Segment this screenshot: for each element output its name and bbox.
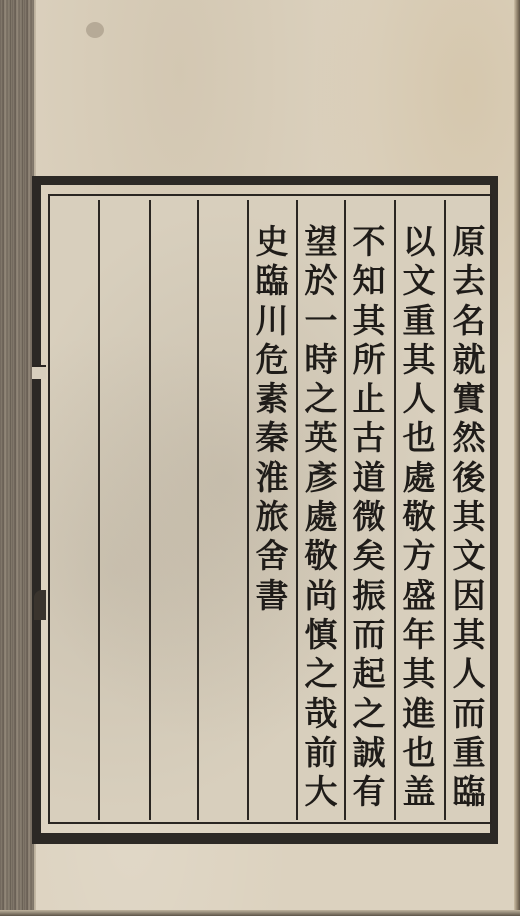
text-column-5: 史臨川危素秦淮旅舍書 — [249, 222, 295, 615]
column-rule — [197, 200, 199, 820]
glyph: 重 — [403, 301, 436, 340]
glyph: 因 — [453, 576, 486, 615]
glyph: 知 — [353, 261, 386, 300]
glyph: 川 — [256, 301, 289, 340]
glyph: 後 — [453, 458, 486, 497]
glyph: 之 — [305, 654, 338, 693]
glyph: 不 — [353, 222, 386, 261]
glyph: 敬 — [305, 536, 338, 575]
glyph: 其 — [403, 340, 436, 379]
glyph: 盖 — [403, 772, 436, 811]
glyph: 其 — [453, 615, 486, 654]
glyph: 年 — [403, 615, 436, 654]
glyph: 之 — [353, 694, 386, 733]
glyph: 進 — [403, 694, 436, 733]
paper-stain — [86, 22, 104, 38]
fish-tail-mark — [32, 365, 46, 379]
glyph: 振 — [353, 576, 386, 615]
page-right-edge — [514, 0, 520, 916]
glyph: 尚 — [305, 576, 338, 615]
glyph: 人 — [403, 379, 436, 418]
glyph: 臨 — [453, 772, 486, 811]
glyph: 一 — [305, 301, 338, 340]
column-rule — [149, 200, 151, 820]
glyph: 所 — [353, 340, 386, 379]
text-column-2: 以文重其人也處敬方盛年其進也盖 — [396, 222, 442, 811]
glyph: 然 — [453, 418, 486, 457]
text-column-3: 不知其所止古道微矣振而起之誠有 — [346, 222, 392, 811]
glyph: 彥 — [305, 458, 338, 497]
glyph: 誠 — [353, 733, 386, 772]
glyph: 之 — [305, 379, 338, 418]
glyph: 慎 — [305, 615, 338, 654]
glyph: 危 — [256, 340, 289, 379]
glyph: 處 — [305, 497, 338, 536]
glyph: 文 — [453, 536, 486, 575]
glyph: 而 — [353, 615, 386, 654]
glyph: 淮 — [256, 458, 289, 497]
glyph: 其 — [453, 497, 486, 536]
glyph: 史 — [256, 222, 289, 261]
glyph: 名 — [453, 301, 486, 340]
glyph: 去 — [453, 261, 486, 300]
glyph: 敬 — [403, 497, 436, 536]
glyph: 臨 — [256, 261, 289, 300]
glyph: 道 — [353, 458, 386, 497]
glyph: 於 — [305, 261, 338, 300]
glyph: 書 — [256, 576, 289, 615]
glyph: 人 — [453, 654, 486, 693]
glyph: 哉 — [305, 694, 338, 733]
glyph: 秦 — [256, 418, 289, 457]
glyph: 方 — [403, 536, 436, 575]
book-spine-edge — [0, 0, 36, 916]
glyph: 起 — [353, 654, 386, 693]
glyph: 也 — [403, 418, 436, 457]
glyph: 前 — [305, 733, 338, 772]
glyph: 舍 — [256, 536, 289, 575]
glyph: 其 — [353, 301, 386, 340]
page-bottom-edge — [0, 910, 520, 916]
glyph: 就 — [453, 340, 486, 379]
glyph: 而 — [453, 694, 486, 733]
glyph: 文 — [403, 261, 436, 300]
glyph: 止 — [353, 379, 386, 418]
glyph: 實 — [453, 379, 486, 418]
glyph: 有 — [353, 772, 386, 811]
glyph: 時 — [305, 340, 338, 379]
glyph: 微 — [353, 497, 386, 536]
glyph: 也 — [403, 733, 436, 772]
glyph: 其 — [403, 654, 436, 693]
glyph: 英 — [305, 418, 338, 457]
margin-block-mark — [34, 590, 46, 620]
glyph: 以 — [403, 222, 436, 261]
text-column-1: 原去名就實然後其文因其人而重臨 — [446, 222, 492, 811]
glyph: 重 — [453, 733, 486, 772]
glyph: 處 — [403, 458, 436, 497]
glyph: 原 — [453, 222, 486, 261]
text-column-4: 望於一時之英彥處敬尚慎之哉前大 — [298, 222, 344, 811]
glyph: 大 — [305, 772, 338, 811]
glyph: 矣 — [353, 536, 386, 575]
glyph: 旅 — [256, 497, 289, 536]
glyph: 古 — [353, 418, 386, 457]
glyph: 盛 — [403, 576, 436, 615]
glyph: 望 — [305, 222, 338, 261]
glyph: 素 — [256, 379, 289, 418]
column-rule — [98, 200, 100, 820]
